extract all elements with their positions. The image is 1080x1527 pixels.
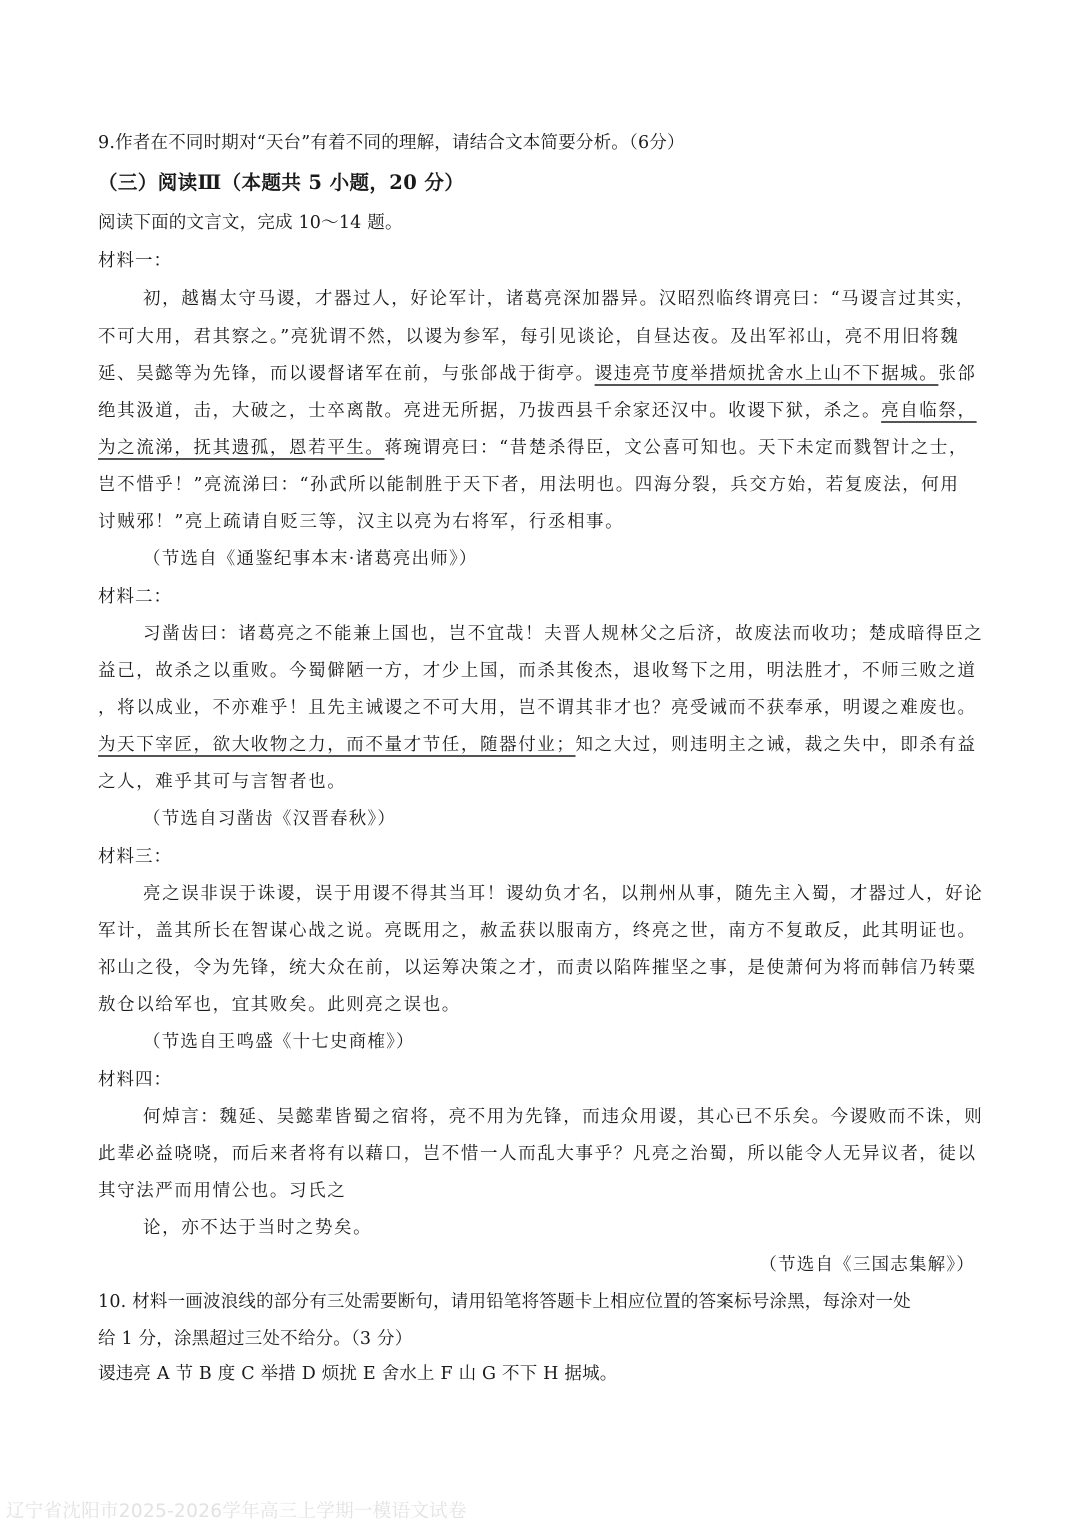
material-2-line: 益己，故杀之以重败。今蜀僻陋一方，才少上国，而杀其俊杰，退收驽下之用，明法胜才，…	[98, 659, 977, 683]
section-instruction: 阅读下面的文言文，完成 10～14 题。	[98, 211, 403, 235]
material-1-line: 延、吴懿等为先锋，而以谡督诸军在前，与张郃战于街亭。谡违亮节度举措烦扰舍水上山不…	[98, 362, 977, 386]
material-1-text: 绝其汲道，击，大破之，士卒离散。亮进无所据，乃拔西县千余家还汉中。收谡下狱，杀之…	[98, 401, 881, 421]
material-1-label: 材料一：	[98, 249, 172, 273]
material-1-line: 初，越巂太守马谡，才器过人，好论军计，诸葛亮深加器异。汉昭烈临终谓亮曰：“马谡言…	[143, 287, 975, 311]
material-3-line: 敖仓以给军也，宜其败矣。此则亮之误也。	[98, 993, 461, 1017]
material-3-line: 军计，盖其所长在智谋心战之说。亮既用之，赦孟获以服南方，终亮之世，南方不复敢反，…	[98, 919, 977, 943]
material-4-line: 此辈必益哓哓，而后来者将有以藉口，岂不惜一人而乱大事乎？凡亮之治蜀，所以能令人无…	[98, 1142, 977, 1166]
material-1-line: 讨贼邪！”亮上疏请自贬三等，汉主以亮为右将军，行丞相事。	[98, 510, 624, 534]
underlined-sentence: 亮自临祭，	[881, 401, 977, 421]
material-4-line: 论，亦不达于当时之势矣。	[143, 1216, 372, 1240]
material-1-line: 为之流涕，抚其遗孤，恩若平生。蒋琬谓亮曰：“昔楚杀得臣，文公喜可知也。天下未定而…	[98, 436, 968, 460]
material-2-label: 材料二：	[98, 585, 172, 609]
material-2-line: 为天下宰匠，欲大收物之力，而不量才节任，随器付业；知之大过，则违明主之诫，裁之失…	[98, 733, 977, 757]
material-4-source: （节选自《三国志集解》）	[759, 1253, 975, 1277]
material-1-text: 蒋琬谓亮曰：“昔楚杀得臣，文公喜可知也。天下未定而戮智计之士，	[385, 438, 969, 458]
material-3-line: 祁山之役，令为先锋，统大众在前，以运筹决策之才，而责以陷阵摧坚之事，是使萧何为将…	[98, 956, 977, 980]
material-1-line: 岂不惜乎！”亮流涕曰：“孙武所以能制胜于天下者，用法明也。四海分裂，兵交方始，若…	[98, 473, 960, 497]
material-3-label: 材料三：	[98, 845, 172, 869]
question-10-line: 10. 材料一画波浪线的部分有三处需要断句，请用铅笔将答题卡上相应位置的答案标号…	[98, 1290, 911, 1314]
material-3-source: （节选自王鸣盛《十七史商榷》）	[143, 1030, 415, 1054]
material-2-line: ，将以成业，不亦难乎！且先主诫谡之不可大用，岂不谓其非才也？亮受诫而不获奉承，明…	[98, 696, 977, 720]
material-4-line: 何焯言：魏延、吴懿辈皆蜀之宿将，亮不用为先锋，而违众用谡，其心已不乐矣。今谡败而…	[143, 1105, 983, 1129]
section-heading: （三）阅读Ⅲ（本题共 5 小题，20 分）	[98, 171, 464, 195]
wavy-underlined-sentence: 谡违亮节度举措烦扰舍水上山不下据城。	[595, 364, 939, 384]
question-10-line: 给 1 分，涂黑超过三处不给分。（3 分）	[98, 1327, 412, 1351]
material-2-source: （节选自习凿齿《汉晋春秋》）	[143, 807, 396, 831]
question-9: 9.作者在不同时期对“天台”有着不同的理解，请结合文本简要分析。（6分）	[98, 131, 685, 155]
underlined-sentence: 为天下宰匠，欲大收物之力，而不量才节任，随器付业；	[98, 735, 576, 755]
material-4-line: 其守法严而用情公也。习氏之	[98, 1179, 346, 1203]
material-1-source: （节选自《通鉴纪事本末·诸葛亮出师》）	[143, 547, 478, 571]
footer-watermark: 辽宁省沈阳市2025-2026学年高三上学期一模语文试卷	[6, 1497, 467, 1523]
material-2-line: 习凿齿曰：诸葛亮之不能兼上国也，岂不宜哉！夫晋人规林父之后济，故废法而收功；楚成…	[143, 622, 983, 646]
underlined-sentence: 为之流涕，抚其遗孤，恩若平生。	[98, 438, 385, 458]
material-1-text: 延、吴懿等为先锋，而以谡督诸军在前，与张郃战于街亭。	[98, 364, 595, 384]
question-10-options: 谡违亮 A 节 B 度 C 举措 D 烦扰 E 舍水上 F 山 G 不下 H 据…	[98, 1362, 617, 1386]
material-2-text: 知之大过，则违明主之诫，裁之失中，即杀有益	[576, 735, 977, 755]
material-1-text: 张郃	[938, 364, 976, 384]
material-3-line: 亮之误非误于诛谡，误于用谡不得其当耳！谡幼负才名，以荆州从事，随先主入蜀，才器过…	[143, 882, 983, 906]
material-2-line: 之人，难乎其可与言智者也。	[98, 770, 346, 794]
material-4-label: 材料四：	[98, 1068, 172, 1092]
material-1-line: 绝其汲道，击，大破之，士卒离散。亮进无所据，乃拔西县千余家还汉中。收谡下狱，杀之…	[98, 399, 977, 423]
material-1-line: 不可大用，君其察之。”亮犹谓不然，以谡为参军，每引见谈论，自昼达夜。及出军祁山，…	[98, 325, 959, 349]
